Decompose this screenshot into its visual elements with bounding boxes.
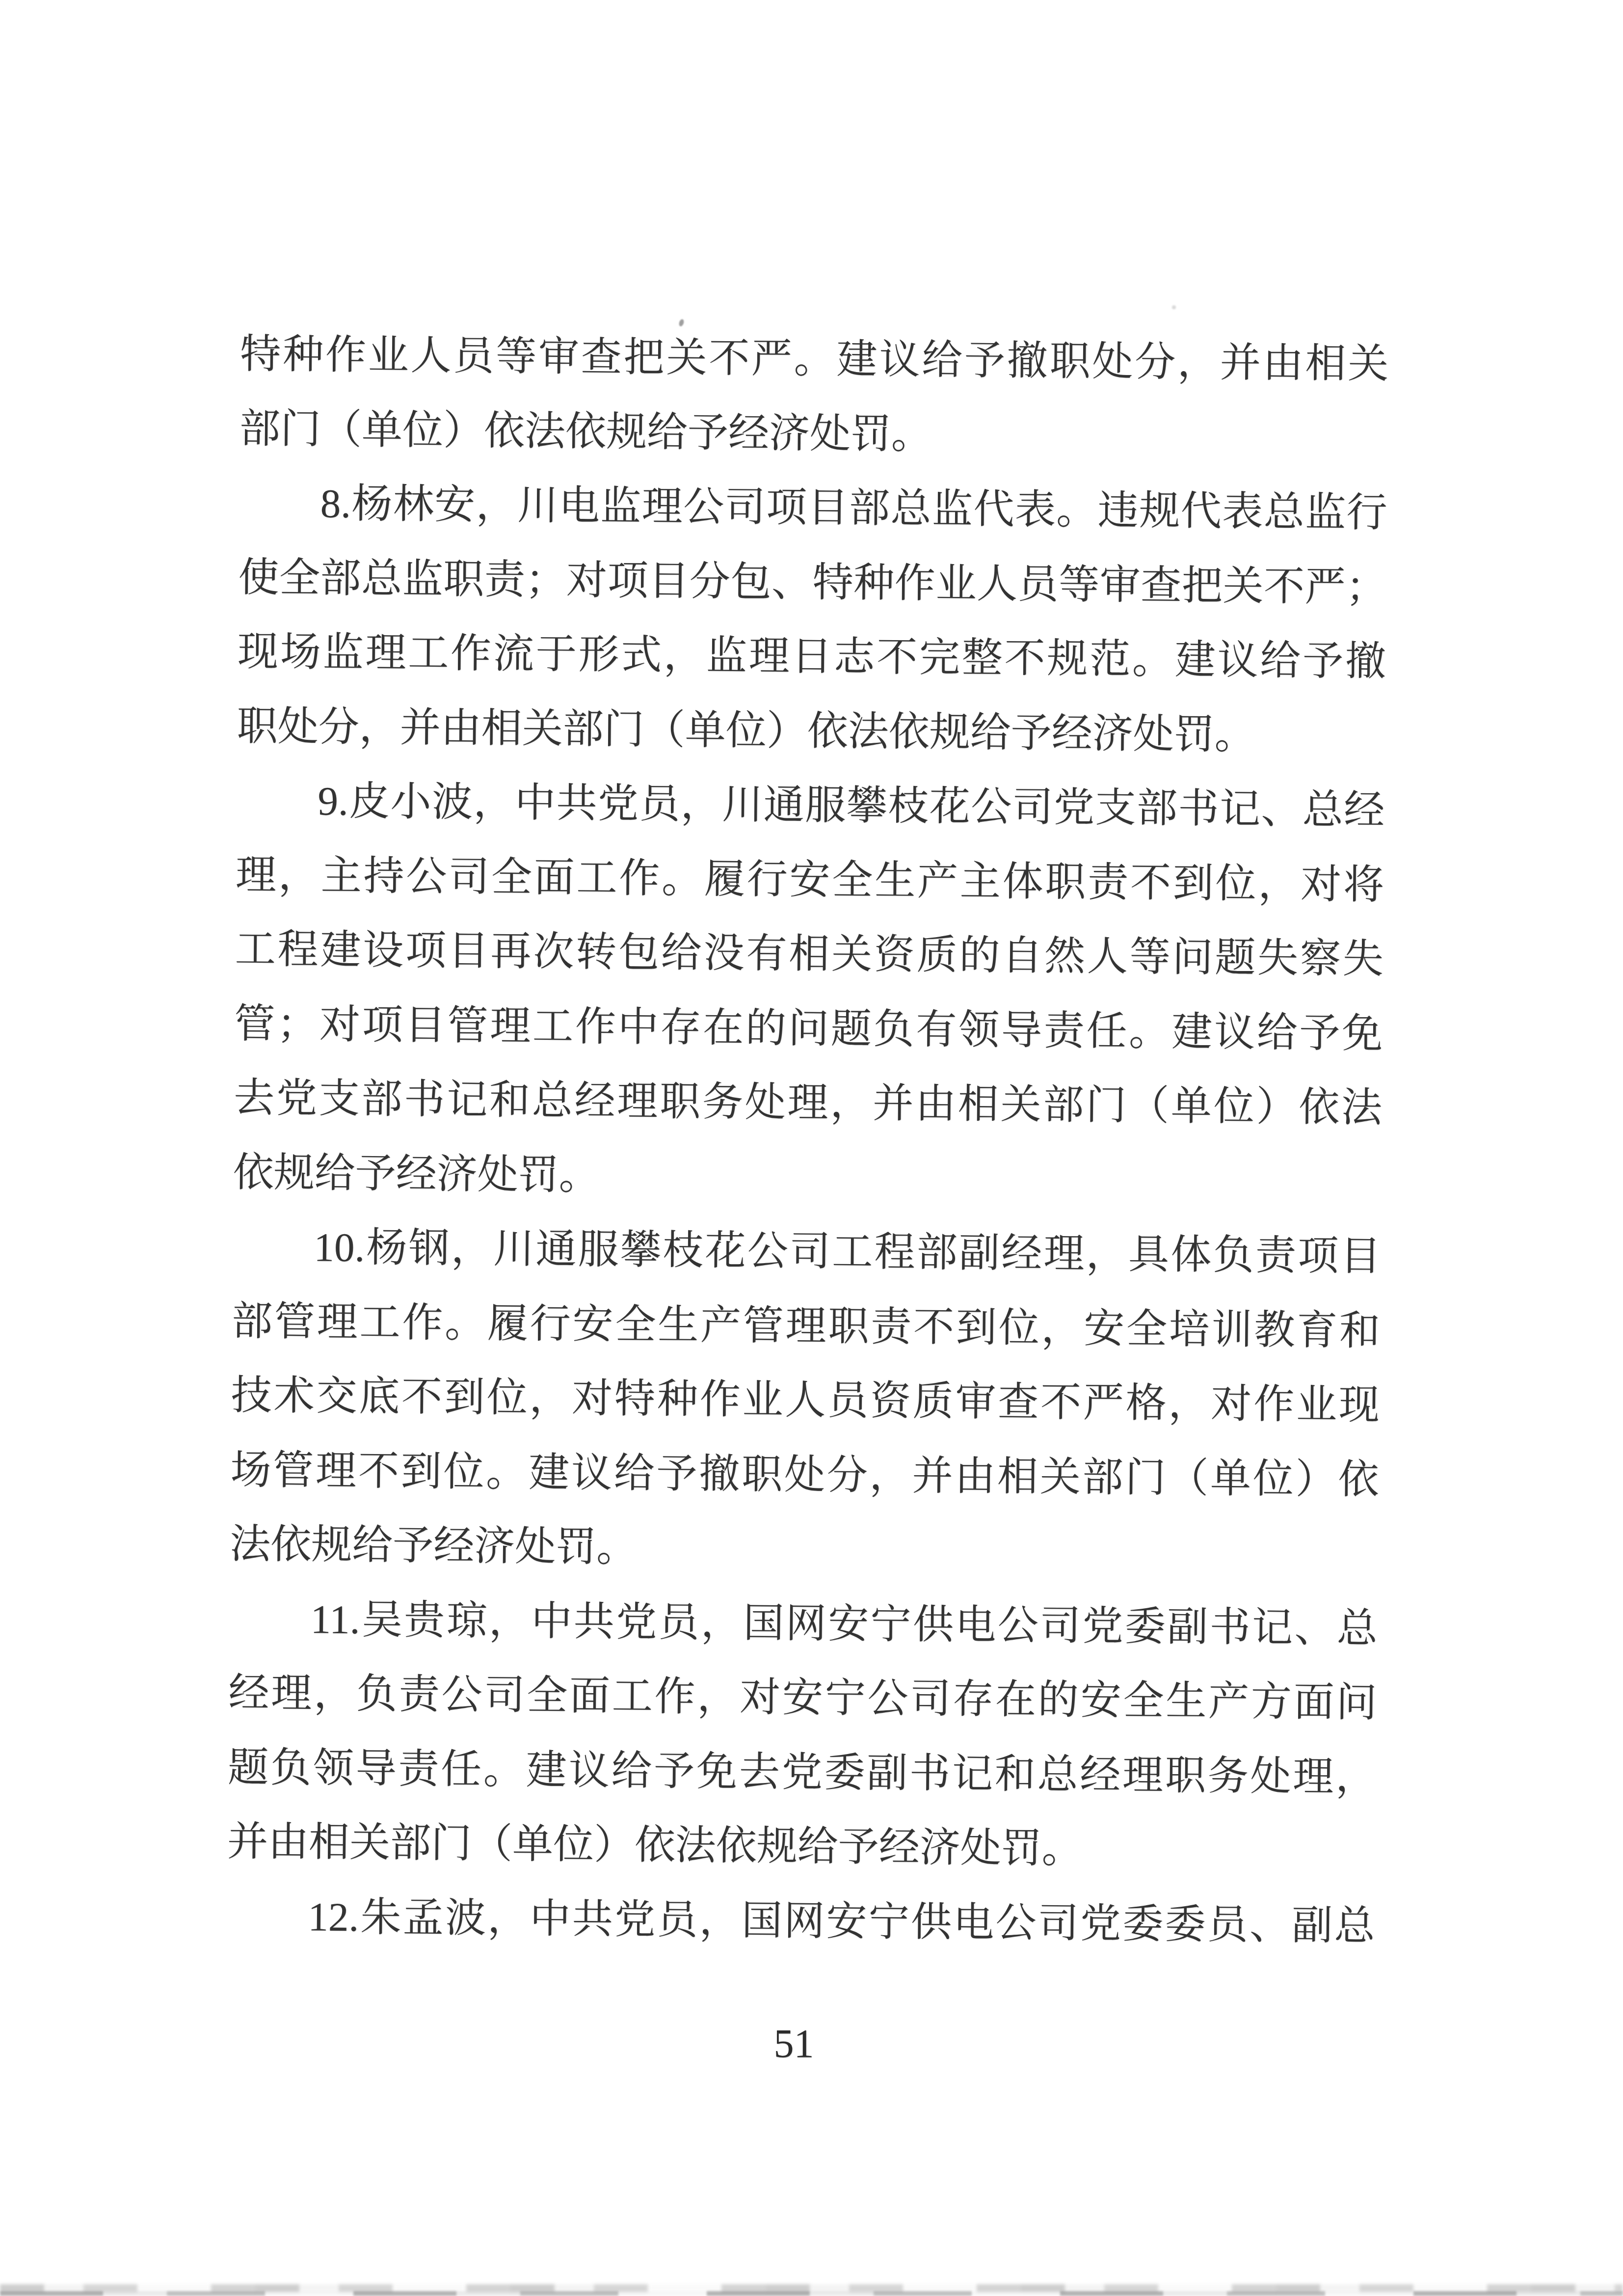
text-line: 经理，负责公司全面工作，对安宁公司存在的安全生产方面问: [228, 1656, 1377, 1740]
text-line: 8.杨林安，川电监理公司项目部总监代表。违规代表总监行: [239, 466, 1387, 550]
text-line: 场管理不到位。建议给予撤职处分，并由相关部门（单位）依: [230, 1432, 1379, 1517]
text-line: 12.朱孟波，中共党员，国网安宁供电公司党委委员、副总: [226, 1879, 1375, 1963]
text-line: 题负领导责任。建议给予免去党委副书记和总经理职务处理，: [228, 1730, 1377, 1814]
text-line: 法依规给予经济处罚。: [230, 1507, 1379, 1592]
page-footer: 51: [0, 2024, 1623, 2064]
text-line: 工程建设项目再次转包给没有相关资质的自然人等问题失察失: [235, 912, 1384, 997]
text-line: 理，主持公司全面工作。履行安全生产主体职责不到位，对将: [235, 837, 1384, 922]
text-line: 11.吴贵琼，中共党员，国网安宁供电公司党委副书记、总: [229, 1581, 1378, 1666]
text-line: 管；对项目管理工作中存在的问题负有领导责任。建议给予免: [234, 986, 1383, 1071]
text-line: 部管理工作。履行安全生产管理职责不到位，安全培训教育和: [231, 1284, 1380, 1368]
text-line: 技术交底不到位，对特种作业人员资质审查不严格，对作业现: [231, 1358, 1380, 1443]
text-line: 部门（单位）依法依规给予经济处罚。: [239, 391, 1388, 476]
text-line: 10.杨钢，川通服攀枝花公司工程部副经理，具体负责项目: [232, 1210, 1381, 1294]
text-line: 并由相关部门（单位）依法依规给予经济处罚。: [227, 1805, 1376, 1889]
text-line: 使全部总监职责；对项目分包、特种作业人员等审查把关不严；: [238, 540, 1387, 624]
text-line: 去党支部书记和总经理职务处理，并由相关部门（单位）依法: [233, 1061, 1382, 1145]
text-line: 特种作业人员等审查把关不严。建议给予撤职处分，并由相关: [240, 317, 1389, 402]
scan-noise-band: [0, 2291, 1623, 2296]
text-line: 依规给予经济处罚。: [233, 1135, 1382, 1219]
document-page: 特种作业人员等审查把关不严。建议给予撤职处分，并由相关 部门（单位）依法依规给予…: [0, 0, 1623, 2296]
page-number: 51: [774, 2024, 814, 2064]
text-block: 特种作业人员等审查把关不严。建议给予撤职处分，并由相关 部门（单位）依法依规给予…: [226, 317, 1389, 1963]
text-line: 职处分，并由相关部门（单位）依法依规给予经济处罚。: [237, 689, 1385, 773]
text-line: 现场监理工作流于形式，监理日志不完整不规范。建议给予撤: [237, 615, 1386, 699]
scan-speck: [1172, 305, 1176, 309]
text-line: 9.皮小波，中共党员，川通服攀枝花公司党支部书记、总经: [236, 763, 1385, 848]
